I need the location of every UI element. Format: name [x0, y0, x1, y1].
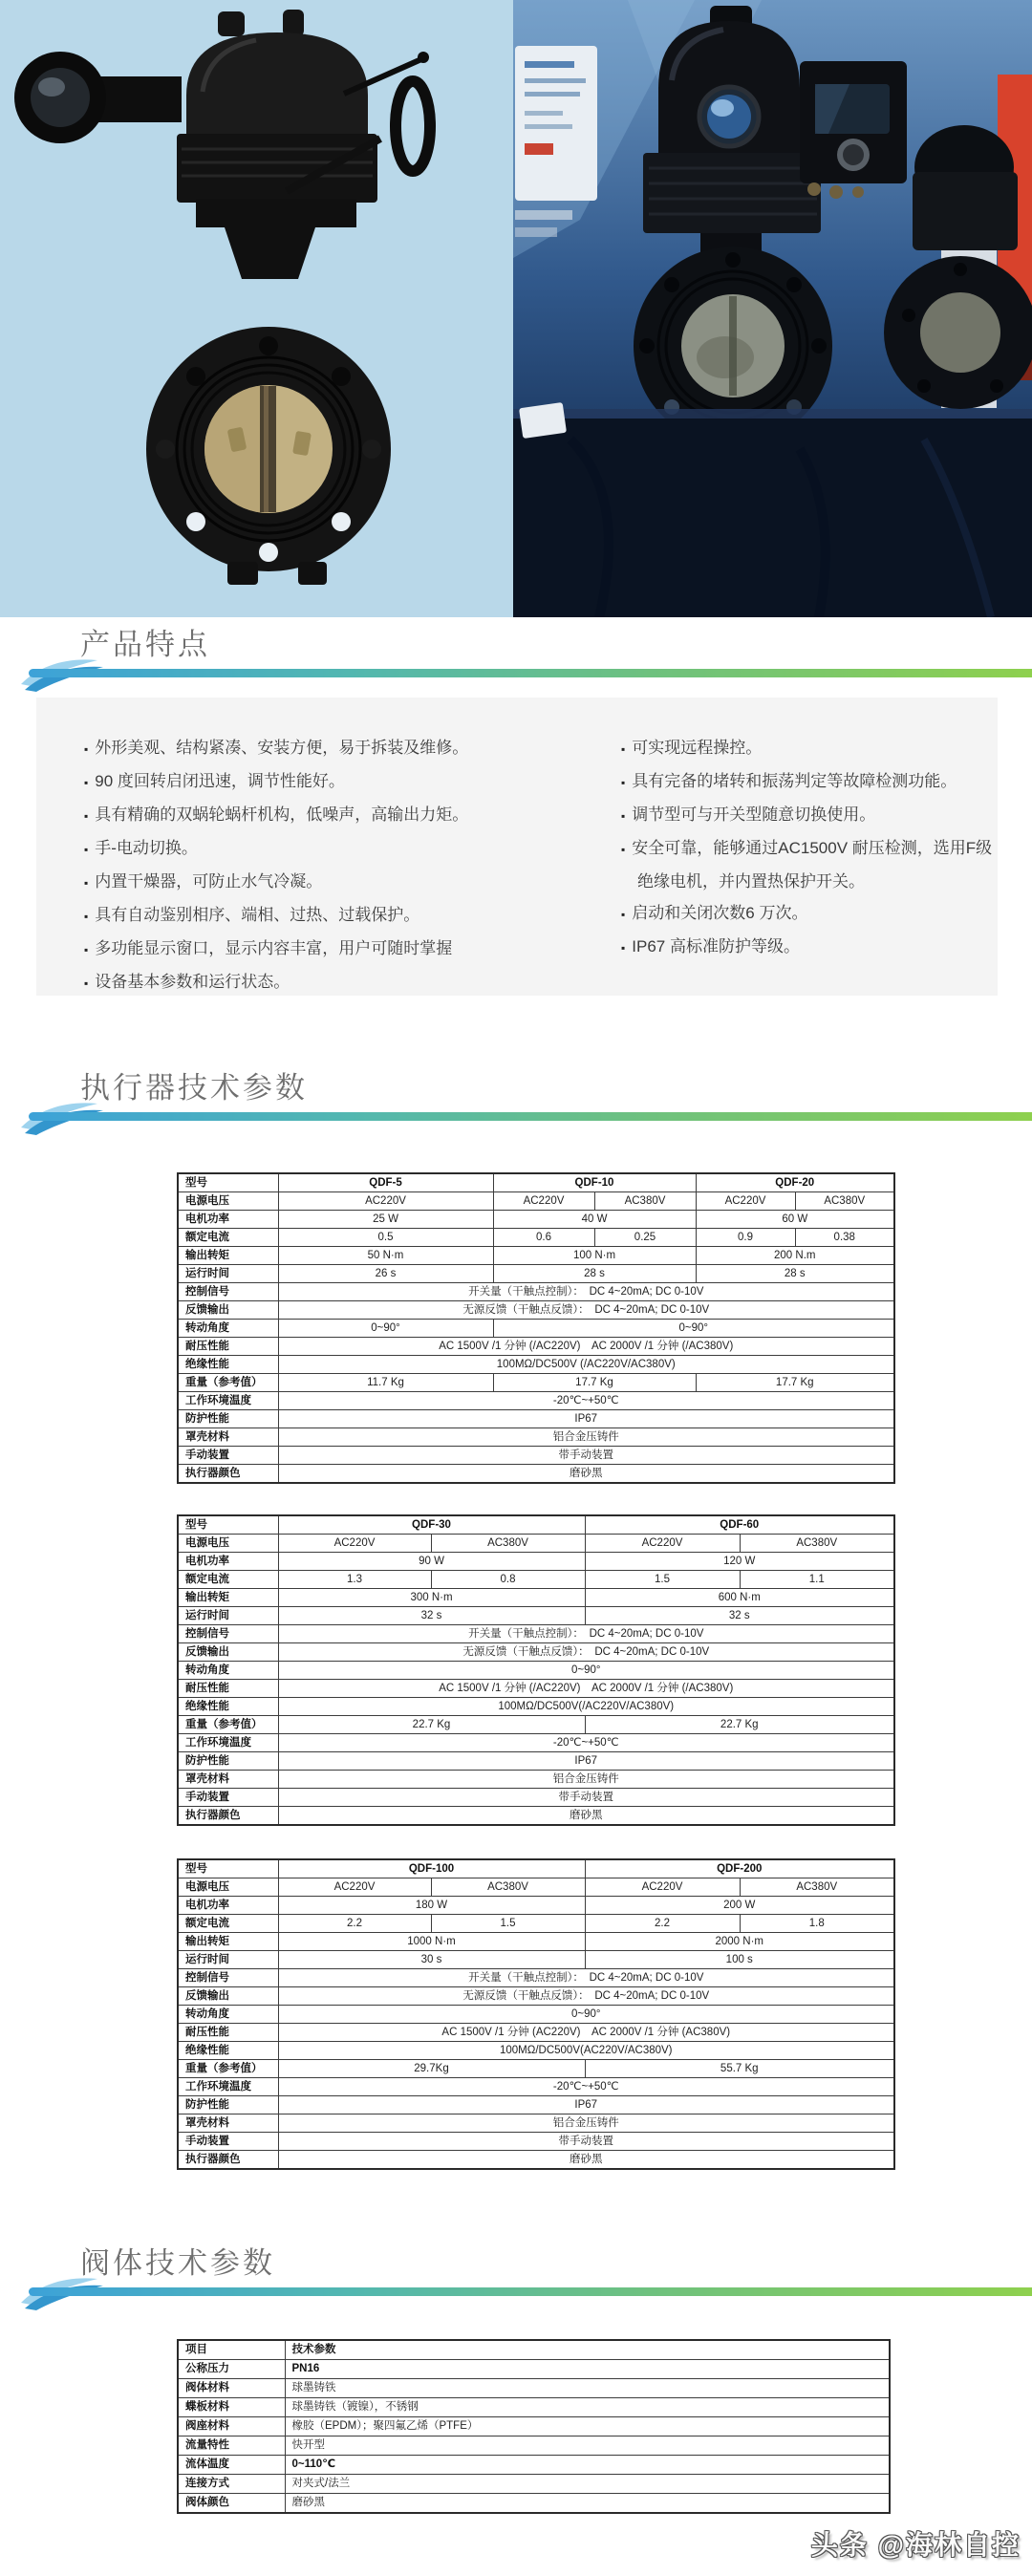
spec-label-cell: 绝缘性能 [178, 2042, 278, 2060]
spec-value-cell: 1.5 [585, 1571, 740, 1589]
spec-row: 输出转矩1000 N·m2000 N·m [178, 1933, 894, 1951]
spec-label-cell: 公称压力 [178, 2360, 285, 2379]
gradient-bar [29, 2287, 1032, 2296]
spec-row: 额定电流0.50.60.250.90.38 [178, 1229, 894, 1247]
spec-label-cell: 额定电流 [178, 1229, 278, 1247]
spec-row: 反馈输出无源反馈（干触点反馈）： DC 4~20mA; DC 0-10V [178, 1643, 894, 1662]
feature-item: ▪调节型可与开关型随意切换使用。 [621, 799, 1003, 832]
spec-value-cell: 100MΩ/DC500V(/AC220V/AC380V) [278, 1698, 894, 1716]
spec-label-cell: 阀体材料 [178, 2379, 285, 2398]
spec-row: 罩壳材料铝合金压铸件 [178, 1428, 894, 1447]
spec-value-cell: AC220V [696, 1192, 795, 1211]
spec-value-cell: 铝合金压铸件 [278, 1771, 894, 1789]
feature-text: 安全可靠，能够通过AC1500V 耐压检测，选用F级绝缘电机，并内置热保护开关。 [632, 839, 992, 891]
spec-label-cell: 阀座材料 [178, 2417, 285, 2436]
spec-value-cell: 100 N·m [493, 1247, 696, 1265]
bullet-icon: ▪ [621, 809, 625, 823]
spec-label-cell: 控制信号 [178, 1625, 278, 1643]
feature-text: 具有自动鉴别相序、端相、过热、过载保护。 [95, 906, 419, 924]
spec-row: 电机功率180 W200 W [178, 1897, 894, 1915]
spec-value-cell: 11.7 Kg [278, 1374, 493, 1392]
spec-value-cell: 0~90° [278, 2006, 894, 2024]
spec-label-cell: 电源电压 [178, 1878, 278, 1897]
feature-item: ▪手-电动切换。 [84, 832, 619, 866]
spec-label-cell: 流体温度 [178, 2456, 285, 2475]
spec-value-cell: AC380V [431, 1878, 585, 1897]
spec-label-cell: 阀体颜色 [178, 2494, 285, 2514]
spec-label-cell: 额定电流 [178, 1915, 278, 1933]
spec-row: 绝缘性能100MΩ/DC500V(/AC220V/AC380V) [178, 1698, 894, 1716]
spec-value-cell: 无源反馈（干触点反馈）： DC 4~20mA; DC 0-10V [278, 1301, 894, 1320]
spec-row: 手动装置带手动装置 [178, 1447, 894, 1465]
spec-row: 罩壳材料铝合金压铸件 [178, 2114, 894, 2133]
spec-value-cell: 1000 N·m [278, 1933, 585, 1951]
spec-label-cell: 技术参数 [285, 2340, 890, 2360]
spec-row: 转动角度0~90° [178, 1662, 894, 1680]
spec-table: 项目技术参数公称压力PN16阀体材料球墨铸铁蝶板材料球墨铸铁（镀镍），不锈钢阀座… [177, 2339, 891, 2514]
spec-value-cell: 带手动装置 [278, 1447, 894, 1465]
spec-row: 耐压性能AC 1500V /1 分钟 (AC220V) AC 2000V /1 … [178, 2024, 894, 2042]
spec-label-cell: 执行器颜色 [178, 2151, 278, 2170]
spec-label-cell: 重量（参考值） [178, 1374, 278, 1392]
spec-label-cell: 电机功率 [178, 1553, 278, 1571]
spec-value-cell: AC220V [278, 1535, 431, 1553]
actuator-table-qdf100-200: 型号QDF-100QDF-200电源电压AC220VAC380VAC220VAC… [177, 1858, 895, 2170]
spec-label-cell: 执行器颜色 [178, 1807, 278, 1826]
spec-value-cell: 带手动装置 [278, 1789, 894, 1807]
spec-value-cell: 0.9 [696, 1229, 795, 1247]
feature-item: ▪90 度回转启闭迅速，调节性能好。 [84, 765, 619, 799]
actuator-section-header: 执行器技术参数 [0, 1070, 1032, 1129]
spec-row: 防护性能IP67 [178, 2096, 894, 2114]
spec-value-cell: AC220V [278, 1192, 493, 1211]
feature-item: ▪内置干燥器，可防止水气冷凝。 [84, 866, 619, 899]
product-photo-exhibition [513, 0, 1032, 617]
spec-value-cell: 300 N·m [278, 1589, 585, 1607]
spec-value-cell: 0~90° [493, 1320, 894, 1338]
spec-value-cell: 0.25 [594, 1229, 696, 1247]
spec-label-cell: 绝缘性能 [178, 1698, 278, 1716]
spec-value-cell: 快开型 [285, 2436, 890, 2456]
feature-text: 调节型可与开关型随意切换使用。 [632, 805, 875, 824]
spec-label-cell: 防护性能 [178, 2096, 278, 2114]
spec-value-cell: 22.7 Kg [585, 1716, 894, 1734]
spec-value-cell: AC220V [585, 1535, 740, 1553]
spec-row: 电源电压AC220VAC380VAC220VAC380V [178, 1878, 894, 1897]
spec-value-cell: 开关量（干触点控制）： DC 4~20mA; DC 0-10V [278, 1625, 894, 1643]
spec-label-cell: 蝶板材料 [178, 2398, 285, 2417]
spec-label-cell: 耐压性能 [178, 1680, 278, 1698]
spec-label-cell: 输出转矩 [178, 1589, 278, 1607]
spec-value-cell: -20℃~+50℃ [278, 1392, 894, 1410]
spec-value-cell: 1.5 [431, 1915, 585, 1933]
spec-label-cell: 型号 [178, 1859, 278, 1878]
spec-row: 蝶板材料球墨铸铁（镀镍），不锈钢 [178, 2398, 890, 2417]
section-divider [0, 669, 1032, 677]
spec-row: 耐压性能AC 1500V /1 分钟 (/AC220V) AC 2000V /1… [178, 1338, 894, 1356]
spec-value-cell: 55.7 Kg [585, 2060, 894, 2078]
spec-label-cell: 运行时间 [178, 1951, 278, 1969]
feature-text: 可实现远程操控。 [632, 739, 762, 757]
spec-value-cell: 磨砂黑 [285, 2494, 890, 2514]
spec-value-cell: 90 W [278, 1553, 585, 1571]
spec-label-cell: 0~110℃ [285, 2456, 890, 2475]
spec-label-cell: 项目 [178, 2340, 285, 2360]
spec-label-cell: 连接方式 [178, 2475, 285, 2494]
spec-label-cell: 电源电压 [178, 1192, 278, 1211]
actuator-table-qdf30-60: 型号QDF-30QDF-60电源电压AC220VAC380VAC220VAC38… [177, 1514, 895, 1826]
spec-row: 耐压性能AC 1500V /1 分钟 (/AC220V) AC 2000V /1… [178, 1680, 894, 1698]
feature-text: 具有精确的双蜗轮蜗杆机构，低噪声，高输出力矩。 [95, 805, 468, 824]
spec-value-cell: 17.7 Kg [696, 1374, 894, 1392]
spec-value-cell: 1.8 [740, 1915, 894, 1933]
spec-value-cell: 磨砂黑 [278, 2151, 894, 2170]
spec-label-cell: 转动角度 [178, 2006, 278, 2024]
spec-label-cell: 手动装置 [178, 1447, 278, 1465]
spec-label-cell: 额定电流 [178, 1571, 278, 1589]
spec-label-cell: PN16 [285, 2360, 890, 2379]
spec-value-cell: AC 1500V /1 分钟 (/AC220V) AC 2000V /1 分钟 … [278, 1338, 894, 1356]
feature-text: 内置干燥器，可防止水气冷凝。 [95, 872, 322, 891]
watermark: 头条 @海林自控 [811, 2524, 1021, 2563]
spec-value-cell: 铝合金压铸件 [278, 1428, 894, 1447]
spec-value-cell: QDF-10 [493, 1173, 696, 1192]
spec-row: 执行器颜色磨砂黑 [178, 1465, 894, 1484]
spec-value-cell: AC 1500V /1 分钟 (AC220V) AC 2000V /1 分钟 (… [278, 2024, 894, 2042]
feature-item: ▪具有精确的双蜗轮蜗杆机构，低噪声，高输出力矩。 [84, 799, 619, 832]
feature-text: IP67 高标准防护等级。 [632, 937, 800, 955]
features-section-header: 产品特点 [0, 627, 1032, 686]
valve-body-table: 项目技术参数公称压力PN16阀体材料球墨铸铁蝶板材料球墨铸铁（镀镍），不锈钢阀座… [177, 2339, 891, 2514]
spec-value-cell: 球墨铸铁 [285, 2379, 890, 2398]
spec-value-cell: 0~90° [278, 1662, 894, 1680]
spec-value-cell: QDF-200 [585, 1859, 894, 1878]
spec-value-cell: 26 s [278, 1265, 493, 1283]
spec-value-cell: 球墨铸铁（镀镍），不锈钢 [285, 2398, 890, 2417]
spec-value-cell: 0~90° [278, 1320, 493, 1338]
spec-label-cell: 绝缘性能 [178, 1356, 278, 1374]
spec-row: 型号QDF-30QDF-60 [178, 1515, 894, 1535]
features-left-column: ▪外形美观、结构紧凑、安装方便，易于拆装及维修。▪90 度回转启闭迅速，调节性能… [84, 732, 619, 999]
section-divider [0, 1112, 1032, 1121]
spec-row: 工作环境温度-20℃~+50℃ [178, 1392, 894, 1410]
feature-item: ▪外形美观、结构紧凑、安装方便，易于拆装及维修。 [84, 732, 619, 765]
spec-value-cell: 无源反馈（干触点反馈）： DC 4~20mA; DC 0-10V [278, 1643, 894, 1662]
spec-row: 运行时间32 s32 s [178, 1607, 894, 1625]
spec-row: 额定电流1.30.81.51.1 [178, 1571, 894, 1589]
feature-text: 设备基本参数和运行状态。 [95, 973, 290, 991]
spec-row: 反馈输出无源反馈（干触点反馈）： DC 4~20mA; DC 0-10V [178, 1987, 894, 2006]
spec-row: 流量特性快开型 [178, 2436, 890, 2456]
indicator-arm [96, 76, 182, 122]
spec-label-cell: 反馈输出 [178, 1301, 278, 1320]
spec-value-cell: 600 N·m [585, 1589, 894, 1607]
spec-value-cell: 2.2 [585, 1915, 740, 1933]
spec-table: 型号QDF-30QDF-60电源电压AC220VAC380VAC220VAC38… [177, 1514, 895, 1826]
spec-label-cell: 工作环境温度 [178, 2078, 278, 2096]
spec-value-cell: 100MΩ/DC500V(AC220V/AC380V) [278, 2042, 894, 2060]
spec-value-cell: QDF-5 [278, 1173, 493, 1192]
gradient-bar [29, 669, 1032, 677]
spec-value-cell: -20℃~+50℃ [278, 2078, 894, 2096]
spec-row: 执行器颜色磨砂黑 [178, 1807, 894, 1826]
table-cloth [513, 419, 1032, 617]
spec-value-cell: AC220V [493, 1192, 594, 1211]
spec-row: 转动角度0~90° [178, 2006, 894, 2024]
spec-row: 运行时间26 s28 s28 s [178, 1265, 894, 1283]
spec-value-cell: 1.3 [278, 1571, 431, 1589]
bullet-icon: ▪ [84, 776, 88, 789]
spec-label-cell: 电机功率 [178, 1211, 278, 1229]
spec-value-cell: 180 W [278, 1897, 585, 1915]
bullet-icon: ▪ [621, 941, 625, 955]
spec-value-cell: 32 s [585, 1607, 894, 1625]
spec-value-cell: 50 N·m [278, 1247, 493, 1265]
spec-value-cell: 0.38 [795, 1229, 894, 1247]
spec-value-cell: 0.8 [431, 1571, 585, 1589]
section-divider [0, 2287, 1032, 2296]
spec-row: 手动装置带手动装置 [178, 1789, 894, 1807]
spec-row: 流体温度0~110℃ [178, 2456, 890, 2475]
spec-value-cell: IP67 [278, 1752, 894, 1771]
actuator-body [177, 134, 377, 203]
spec-value-cell: 开关量（干触点控制）： DC 4~20mA; DC 0-10V [278, 1283, 894, 1301]
spec-table: 型号QDF-100QDF-200电源电压AC220VAC380VAC220VAC… [177, 1858, 895, 2170]
spec-value-cell: 28 s [493, 1265, 696, 1283]
spec-value-cell: 29.7Kg [278, 2060, 585, 2078]
feature-item: ▪多功能显示窗口，显示内容丰富，用户可随时掌握 [84, 933, 619, 966]
feature-item: ▪启动和关闭次数6 万次。 [621, 897, 1003, 931]
spec-value-cell: -20℃~+50℃ [278, 1734, 894, 1752]
spec-label-cell: 运行时间 [178, 1265, 278, 1283]
spec-value-cell: 1.1 [740, 1571, 894, 1589]
feature-item: ▪IP67 高标准防护等级。 [621, 931, 1003, 964]
spec-value-cell: 200 W [585, 1897, 894, 1915]
spec-value-cell: 磨砂黑 [278, 1465, 894, 1484]
spec-row: 控制信号开关量（干触点控制）： DC 4~20mA; DC 0-10V [178, 1625, 894, 1643]
spec-value-cell: 25 W [278, 1211, 493, 1229]
valve-section-header: 阀体技术参数 [0, 2245, 1032, 2305]
spec-row: 控制信号开关量（干触点控制）： DC 4~20mA; DC 0-10V [178, 1969, 894, 1987]
bullet-icon: ▪ [84, 843, 88, 856]
spec-value-cell: 无源反馈（干触点反馈）： DC 4~20mA; DC 0-10V [278, 1987, 894, 2006]
bullet-icon: ▪ [84, 977, 88, 990]
feature-text: 手-电动切换。 [95, 839, 198, 857]
spec-value-cell: 100MΩ/DC500V (/AC220V/AC380V) [278, 1356, 894, 1374]
spec-label-cell: 罩壳材料 [178, 1428, 278, 1447]
main-actuator-body [643, 153, 821, 233]
spec-row: 阀体材料球墨铸铁 [178, 2379, 890, 2398]
motor-dome [186, 32, 368, 140]
feature-item: ▪安全可靠，能够通过AC1500V 耐压检测，选用F级绝缘电机，并内置热保护开关… [621, 832, 1003, 897]
spec-value-cell: AC380V [431, 1535, 585, 1553]
spec-row: 额定电流2.21.52.21.8 [178, 1915, 894, 1933]
spec-row: 电源电压AC220VAC380VAC220VAC380V [178, 1535, 894, 1553]
spec-value-cell: 200 N.m [696, 1247, 894, 1265]
spec-row: 绝缘性能100MΩ/DC500V (/AC220V/AC380V) [178, 1356, 894, 1374]
features-right-column: ▪可实现远程操控。▪具有完备的堵转和振荡判定等故障检测功能。▪调节型可与开关型随… [621, 732, 1003, 964]
spec-label-cell: 执行器颜色 [178, 1465, 278, 1484]
feature-item: ▪具有自动鉴别相序、端相、过热、过载保护。 [84, 899, 619, 933]
spec-row: 手动装置带手动装置 [178, 2133, 894, 2151]
spec-value-cell: 开关量（干触点控制）： DC 4~20mA; DC 0-10V [278, 1969, 894, 1987]
spec-row: 防护性能IP67 [178, 1752, 894, 1771]
spec-row: 工作环境温度-20℃~+50℃ [178, 1734, 894, 1752]
bullet-icon: ▪ [621, 908, 625, 921]
spec-label-cell: 型号 [178, 1515, 278, 1535]
spec-row: 反馈输出无源反馈（干触点反馈）： DC 4~20mA; DC 0-10V [178, 1301, 894, 1320]
spec-label-cell: 转动角度 [178, 1662, 278, 1680]
spec-value-cell: IP67 [278, 2096, 894, 2114]
spec-value-cell: 120 W [585, 1553, 894, 1571]
spec-row: 执行器颜色磨砂黑 [178, 2151, 894, 2170]
spec-value-cell: 橡胶（EPDM）；聚四氟乙烯（PTFE） [285, 2417, 890, 2436]
page: 产品特点 ▪外形美观、结构紧凑、安装方便，易于拆装及维修。▪90 度回转启闭迅速… [0, 0, 1032, 2576]
spec-row: 公称压力PN16 [178, 2360, 890, 2379]
bullet-icon: ▪ [621, 742, 625, 756]
spec-row: 阀体颜色磨砂黑 [178, 2494, 890, 2514]
spec-value-cell: 30 s [278, 1951, 585, 1969]
spec-row: 阀座材料橡胶（EPDM）；聚四氟乙烯（PTFE） [178, 2417, 890, 2436]
spec-value-cell: 0.6 [493, 1229, 594, 1247]
spec-label-cell: 罩壳材料 [178, 2114, 278, 2133]
spec-label-cell: 流量特性 [178, 2436, 285, 2456]
spec-row: 输出转矩50 N·m100 N·m200 N.m [178, 1247, 894, 1265]
spec-row: 转动角度0~90°0~90° [178, 1320, 894, 1338]
spec-value-cell: 28 s [696, 1265, 894, 1283]
spec-value-cell: 22.7 Kg [278, 1716, 585, 1734]
spec-value-cell: 对夹式/法兰 [285, 2475, 890, 2494]
spec-value-cell: AC380V [740, 1878, 894, 1897]
section-title: 产品特点 [80, 627, 1032, 663]
spec-label-cell: 输出转矩 [178, 1933, 278, 1951]
spec-value-cell: QDF-60 [585, 1515, 894, 1535]
spec-row: 电机功率25 W40 W60 W [178, 1211, 894, 1229]
section-title: 执行器技术参数 [80, 1070, 1032, 1106]
spec-label-cell: 转动角度 [178, 1320, 278, 1338]
spec-row: 控制信号开关量（干触点控制）： DC 4~20mA; DC 0-10V [178, 1283, 894, 1301]
spec-row: 电源电压AC220VAC220VAC380VAC220VAC380V [178, 1192, 894, 1211]
spec-label-cell: 控制信号 [178, 1283, 278, 1301]
spec-value-cell: 铝合金压铸件 [278, 2114, 894, 2133]
feature-item: ▪可实现远程操控。 [621, 732, 1003, 765]
features-panel: ▪外形美观、结构紧凑、安装方便，易于拆装及维修。▪90 度回转启闭迅速，调节性能… [36, 698, 998, 996]
spec-label-cell: 控制信号 [178, 1969, 278, 1987]
feature-text: 具有完备的堵转和振荡判定等故障检测功能。 [632, 772, 957, 790]
spec-label-cell: 运行时间 [178, 1607, 278, 1625]
spec-row: 重量（参考值）29.7Kg55.7 Kg [178, 2060, 894, 2078]
bullet-icon: ▪ [84, 809, 88, 823]
spec-row: 型号QDF-5QDF-10QDF-20 [178, 1173, 894, 1192]
actuator-table-qdf5-20: 型号QDF-5QDF-10QDF-20电源电压AC220VAC220VAC380… [177, 1172, 895, 1484]
spec-table: 型号QDF-5QDF-10QDF-20电源电压AC220VAC220VAC380… [177, 1172, 895, 1484]
spec-value-cell: 带手动装置 [278, 2133, 894, 2151]
spec-label-cell: 反馈输出 [178, 1643, 278, 1662]
product-photo-studio [0, 0, 513, 617]
spec-value-cell: AC 1500V /1 分钟 (/AC220V) AC 2000V /1 分钟 … [278, 1680, 894, 1698]
spec-row: 绝缘性能100MΩ/DC500V(AC220V/AC380V) [178, 2042, 894, 2060]
spec-row: 罩壳材料铝合金压铸件 [178, 1771, 894, 1789]
feature-text: 外形美观、结构紧凑、安装方便，易于拆装及维修。 [95, 739, 468, 757]
spec-row: 输出转矩300 N·m600 N·m [178, 1589, 894, 1607]
bullet-icon: ▪ [84, 910, 88, 923]
spec-label-cell: 型号 [178, 1173, 278, 1192]
spec-label-cell: 防护性能 [178, 1752, 278, 1771]
spec-value-cell: AC220V [278, 1878, 431, 1897]
spec-value-cell: 32 s [278, 1607, 585, 1625]
spec-label-cell: 工作环境温度 [178, 1392, 278, 1410]
bullet-icon: ▪ [84, 742, 88, 756]
spec-value-cell: AC380V [795, 1192, 894, 1211]
spec-card [519, 402, 567, 439]
spec-label-cell: 电机功率 [178, 1897, 278, 1915]
spec-value-cell: QDF-100 [278, 1859, 585, 1878]
bullet-icon: ▪ [621, 776, 625, 789]
spec-label-cell: 防护性能 [178, 1410, 278, 1428]
gradient-bar [29, 1112, 1032, 1121]
spec-label-cell: 罩壳材料 [178, 1771, 278, 1789]
spec-value-cell: 100 s [585, 1951, 894, 1969]
spec-label-cell: 重量（参考值） [178, 1716, 278, 1734]
spec-label-cell: 重量（参考值） [178, 2060, 278, 2078]
feature-item: ▪具有完备的堵转和振荡判定等故障检测功能。 [621, 765, 1003, 799]
booth-sign [515, 46, 597, 201]
spec-label-cell: 输出转矩 [178, 1247, 278, 1265]
spec-value-cell: QDF-30 [278, 1515, 585, 1535]
spec-label-cell: 耐压性能 [178, 1338, 278, 1356]
bullet-icon: ▪ [84, 943, 88, 956]
spec-value-cell: 2.2 [278, 1915, 431, 1933]
spec-row: 工作环境温度-20℃~+50℃ [178, 2078, 894, 2096]
spec-label-cell: 反馈输出 [178, 1987, 278, 2006]
spec-row: 连接方式对夹式/法兰 [178, 2475, 890, 2494]
spec-label-cell: 工作环境温度 [178, 1734, 278, 1752]
spec-value-cell: 磨砂黑 [278, 1807, 894, 1826]
feature-item: ▪设备基本参数和运行状态。 [84, 966, 619, 999]
spec-value-cell: AC220V [585, 1878, 740, 1897]
spec-label-cell: 耐压性能 [178, 2024, 278, 2042]
spec-value-cell: 40 W [493, 1211, 696, 1229]
spec-row: 项目技术参数 [178, 2340, 890, 2360]
spec-row: 运行时间30 s100 s [178, 1951, 894, 1969]
section-title: 阀体技术参数 [80, 2245, 1032, 2282]
bullet-icon: ▪ [84, 876, 88, 890]
spec-value-cell: QDF-20 [696, 1173, 894, 1192]
spec-row: 防护性能IP67 [178, 1410, 894, 1428]
spec-label-cell: 手动装置 [178, 2133, 278, 2151]
spec-label-cell: 电源电压 [178, 1535, 278, 1553]
feature-text: 启动和关闭次数6 万次。 [632, 904, 807, 922]
spec-value-cell: 0.5 [278, 1229, 493, 1247]
spec-value-cell: AC380V [740, 1535, 894, 1553]
bullet-icon: ▪ [621, 843, 625, 856]
spec-label-cell: 手动装置 [178, 1789, 278, 1807]
spec-value-cell: AC380V [594, 1192, 696, 1211]
feature-text: 90 度回转启闭迅速，调节性能好。 [95, 772, 345, 790]
spec-row: 型号QDF-100QDF-200 [178, 1859, 894, 1878]
spec-row: 重量（参考值）11.7 Kg17.7 Kg17.7 Kg [178, 1374, 894, 1392]
spec-value-cell: IP67 [278, 1410, 894, 1428]
spec-value-cell: 17.7 Kg [493, 1374, 696, 1392]
spec-row: 电机功率90 W120 W [178, 1553, 894, 1571]
spec-value-cell: 2000 N·m [585, 1933, 894, 1951]
feature-text: 多功能显示窗口，显示内容丰富，用户可随时掌握 [95, 939, 452, 957]
product-photos [0, 0, 1032, 617]
spec-value-cell: 60 W [696, 1211, 894, 1229]
spec-row: 重量（参考值）22.7 Kg22.7 Kg [178, 1716, 894, 1734]
